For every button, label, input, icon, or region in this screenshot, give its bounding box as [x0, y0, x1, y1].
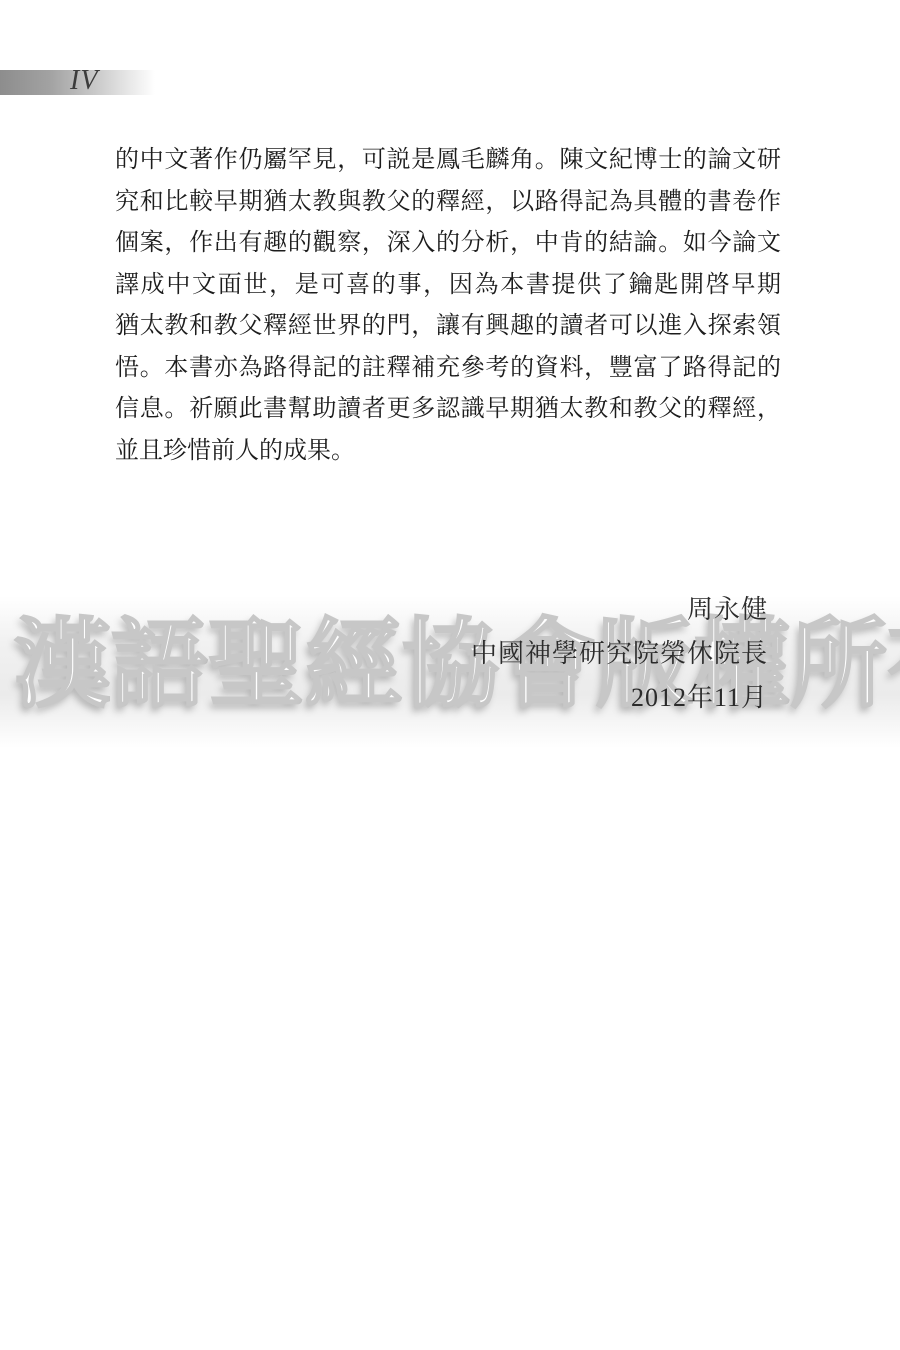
body-line: 悟。本書亦為路得記的註釋補充參考的資料，豐富了路得記的 [115, 348, 781, 390]
body-line: 猶太教和教父釋經世界的門，讓有興趣的讀者可以進入探索領 [115, 306, 781, 348]
body-line: 個案，作出有趣的觀察，深入的分析，中肯的結論。如今論文 [115, 223, 781, 265]
body-line: 譯成中文面世，是可喜的事，因為本書提供了鑰匙開啓早期 [115, 265, 781, 307]
signature-block: 周永健 中國神學研究院榮休院長 2012年11月 [471, 588, 768, 720]
body-line: 信息。祈願此書幫助讀者更多認識早期猶太教和教父的釋經， [115, 389, 781, 431]
body-line: 究和比較早期猶太教與教父的釋經，以路得記為具體的書卷作 [115, 182, 781, 224]
body-line: 的中文著作仍屬罕見，可説是鳳毛麟角。陳文紀博士的論文研 [115, 140, 781, 182]
page-number: IV [70, 66, 98, 96]
body-line: 並且珍惜前人的成果。 [115, 431, 781, 473]
signature-title: 中國神學研究院榮休院長 [471, 632, 768, 676]
signature-name: 周永健 [471, 588, 768, 632]
signature-date: 2012年11月 [471, 676, 768, 720]
body-paragraph: 的中文著作仍屬罕見，可説是鳳毛麟角。陳文紀博士的論文研究和比較早期猶太教與教父的… [115, 140, 781, 472]
